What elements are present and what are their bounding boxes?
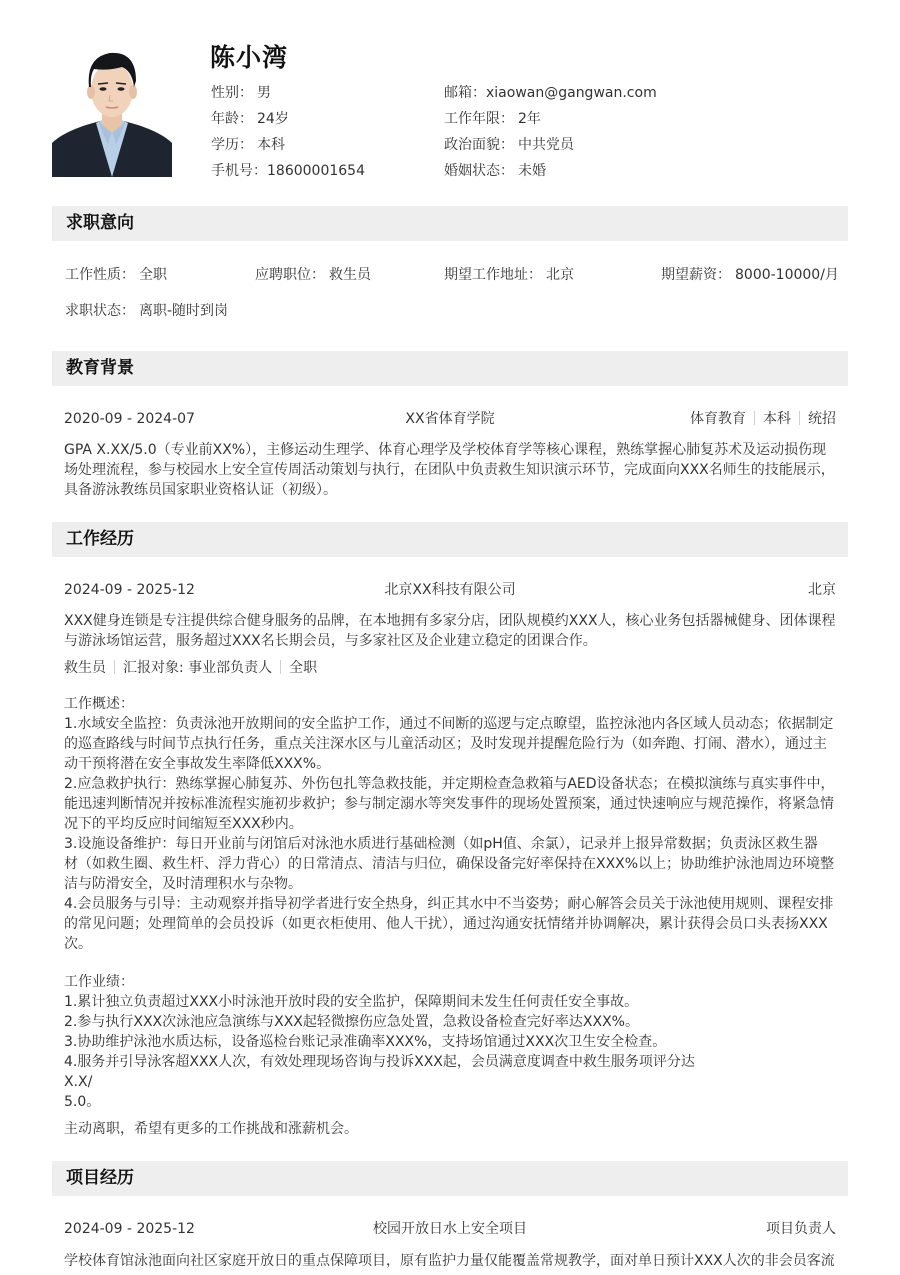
info-phone: 手机号：18600001654 (211, 160, 365, 186)
intro-line: XXX健身连锁是专注提供综合健身服务的品牌，在本地拥有多家分店，团队规模约XXX… (64, 611, 840, 631)
intent-salary: 期望薪资：8000-10000/月 (661, 264, 839, 286)
section-title: 项目经历 (52, 1161, 848, 1196)
info-label: 手机号： (211, 163, 267, 179)
info-label: 婚姻状态： (444, 163, 514, 179)
project-name: 校园开放日水上安全项目 (64, 1218, 836, 1240)
degree-tag: 本科 (763, 411, 791, 427)
candidate-name: 陈小湾 (210, 38, 288, 74)
overview-line: 洁与防滑安全，及时清理积水与杂物。 (64, 874, 840, 894)
project-description: 学校体育馆泳池面向社区家庭开放日的重点保障项目，原有监护力量仅能覆盖常规教学，面… (64, 1251, 840, 1271)
intent-value: 离职-随时到岗 (139, 303, 228, 319)
intent-label: 工作性质： (65, 267, 135, 283)
basic-info-right: 邮箱：xiaowan@gangwan.com 工作年限：2年 政治面貌：中共党员… (444, 82, 657, 186)
work-achievements: 工作业绩： 1.累计独立负责超过XXX小时泳池开放时段的安全监护，保障期间未发生… (64, 972, 840, 1112)
info-label: 性别： (211, 85, 253, 101)
achievement-line: 2.参与执行XXX次泳池应急演练与XXX起轻微擦伤应急处置，急救设备检查完好率达… (64, 1012, 840, 1032)
section-project-experience: 项目经历 2024-09 - 2025-12 校园开放日水上安全项目 项目负责人… (52, 1161, 848, 1196)
section-title: 教育背景 (52, 351, 848, 386)
work-tags: 救生员汇报对象: 事业部负责人全职 (64, 657, 317, 679)
info-value: 2年 (518, 111, 541, 127)
section-education: 教育背景 2020-09 - 2024-07 XX省体育学院 体育教育本科统招 … (52, 351, 848, 386)
achievement-line: X.X/ (64, 1072, 840, 1092)
overview-line: 4.会员服务与引导：主动观察并指导初学者进行安全热身，纠正其水中不当姿势；耐心解… (64, 894, 840, 914)
work-entry-header: 2024-09 - 2025-12 北京XX科技有限公司 北京 (64, 579, 836, 601)
info-label: 年龄： (211, 111, 253, 127)
section-title: 工作经历 (52, 522, 848, 557)
description-line: 场处理流程，参与校园水上安全宣传周活动策划与执行，在团队中负责救生知识演示环节，… (64, 460, 840, 480)
divider (280, 660, 281, 674)
achievement-line: 1.累计独立负责超过XXX小时泳池开放时段的安全监护，保障期间未发生任何责任安全… (64, 992, 840, 1012)
portrait-photo-icon (52, 45, 172, 177)
role-tag: 救生员 (64, 660, 106, 676)
overview-line: 次。 (64, 934, 840, 954)
overview-line: 材（如救生圈、救生杆、浮力背心）的日常清点、清洁与归位，确保设备完好率保持在XX… (64, 854, 840, 874)
overview-line: 动干预将潜在安全事故发生率降低XXX%。 (64, 754, 840, 774)
info-email: 邮箱：xiaowan@gangwan.com (444, 82, 657, 108)
overview-title: 工作概述： (64, 694, 840, 714)
info-work-years: 工作年限：2年 (444, 108, 657, 134)
report-to-tag: 汇报对象: 事业部负责人 (123, 660, 272, 676)
divider (799, 411, 800, 425)
leave-reason-text: 主动离职，希望有更多的工作挑战和涨薪机会。 (64, 1119, 840, 1139)
section-job-intent: 求职意向 工作性质：全职 应聘职位：救生员 期望工作地址：北京 期望薪资：800… (52, 206, 848, 241)
profile-header: 陈小湾 性别：男 年龄：24岁 学历：本科 手机号：18600001654 邮箱… (52, 0, 848, 190)
intent-label: 期望薪资： (661, 267, 731, 283)
intent-value: 8000-10000/月 (735, 267, 839, 283)
info-label: 邮箱： (444, 85, 486, 101)
education-tags: 体育教育本科统招 (690, 408, 836, 430)
overview-line: 况下的平均反应时间缩短至XXX秒内。 (64, 814, 840, 834)
info-age: 年龄：24岁 (211, 108, 365, 134)
achievement-line: 3.协助维护泳池水质达标，设备巡检台账记录准确率XXX%，支持场馆通过XXX次卫… (64, 1032, 840, 1052)
intro-line: 与游泳场馆运营，服务超过XXX名长期会员，与多家社区及企业建立稳定的团课合作。 (64, 631, 840, 651)
info-value: 中共党员 (518, 137, 574, 153)
info-label: 政治面貌： (444, 137, 514, 153)
company-intro: XXX健身连锁是专注提供综合健身服务的品牌，在本地拥有多家分店，团队规模约XXX… (64, 611, 840, 651)
intent-label: 期望工作地址： (444, 267, 542, 283)
info-marital-status: 婚姻状态：未婚 (444, 160, 657, 186)
intent-row: 工作性质：全职 应聘职位：救生员 期望工作地址：北京 期望薪资：8000-100… (65, 264, 837, 286)
education-description: GPA X.XX/5.0（专业前XX%），主修运动生理学、体育心理学及学校体育学… (64, 440, 840, 500)
work-overview: 工作概述： 1.水域安全监控：负责泳池开放期间的安全监护工作，通过不间断的巡逻与… (64, 694, 840, 954)
overview-line: 的常见问题；处理简单的会员投诉（如更衣柜使用、他人干扰），通过沟通安抚情绪并协调… (64, 914, 840, 934)
achievement-line: 5.0。 (64, 1092, 840, 1112)
overview-line: 2.应急救护执行：熟练掌握心肺复苏、外伤包扎等急救技能，并定期检查急救箱与AED… (64, 774, 840, 794)
description-line: GPA X.XX/5.0（专业前XX%），主修运动生理学、体育心理学及学校体育学… (64, 440, 840, 460)
info-label: 学历： (211, 137, 253, 153)
project-role: 项目负责人 (766, 1218, 836, 1240)
intent-status: 求职状态：离职-随时到岗 (65, 300, 228, 322)
resume-page: 陈小湾 性别：男 年龄：24岁 学历：本科 手机号：18600001654 邮箱… (52, 0, 848, 190)
overview-line: 能迅速判断情况并按标准流程实施初步救护；参与制定溺水等突发事件的现场处置预案，通… (64, 794, 840, 814)
info-value: 24岁 (257, 111, 289, 127)
intent-label: 应聘职位： (255, 267, 325, 283)
info-political-status: 政治面貌：中共党员 (444, 134, 657, 160)
major-tag: 体育教育 (690, 411, 746, 427)
section-work-experience: 工作经历 2024-09 - 2025-12 北京XX科技有限公司 北京 XXX… (52, 522, 848, 557)
work-location: 北京 (808, 579, 836, 601)
intent-value: 救生员 (329, 267, 371, 283)
project-entry-header: 2024-09 - 2025-12 校园开放日水上安全项目 项目负责人 (64, 1218, 836, 1240)
leave-reason: 主动离职，希望有更多的工作挑战和涨薪机会。 (64, 1119, 840, 1139)
overview-line: 1.水域安全监控：负责泳池开放期间的安全监护工作，通过不间断的巡逻与定点瞭望，监… (64, 714, 840, 734)
info-value: 男 (257, 85, 271, 101)
info-label: 工作年限： (444, 111, 514, 127)
overview-line: 的巡查路线与时间节点执行任务，重点关注深水区与儿童活动区；及时发现并提醒危险行为… (64, 734, 840, 754)
description-line: 具备游泳教练员国家职业资格认证（初级）。 (64, 480, 840, 500)
achievements-title: 工作业绩： (64, 972, 840, 992)
divider (754, 411, 755, 425)
divider (114, 660, 115, 674)
enrollment-tag: 统招 (808, 411, 836, 427)
info-degree: 学历：本科 (211, 134, 365, 160)
company-name: 北京XX科技有限公司 (64, 579, 836, 601)
info-value: 未婚 (518, 163, 546, 179)
intent-location: 期望工作地址：北京 (444, 264, 574, 286)
basic-info-left: 性别：男 年龄：24岁 学历：本科 手机号：18600001654 (211, 82, 365, 186)
intent-value: 全职 (139, 267, 167, 283)
info-gender: 性别：男 (211, 82, 365, 108)
intent-position: 应聘职位：救生员 (255, 264, 371, 286)
info-value: 本科 (257, 137, 285, 153)
education-entry-header: 2020-09 - 2024-07 XX省体育学院 体育教育本科统招 (64, 408, 836, 430)
intent-work-type: 工作性质：全职 (65, 264, 167, 286)
intent-row: 求职状态：离职-随时到岗 (65, 300, 837, 322)
overview-line: 3.设施设备维护：每日开业前与闭馆后对泳池水质进行基础检测（如pH值、余氯），记… (64, 834, 840, 854)
employment-type-tag: 全职 (289, 660, 317, 676)
info-value: xiaowan@gangwan.com (486, 85, 657, 101)
info-value: 18600001654 (267, 163, 365, 179)
intent-label: 求职状态： (65, 303, 135, 319)
intent-value: 北京 (546, 267, 574, 283)
section-title: 求职意向 (52, 206, 848, 241)
description-line: 学校体育馆泳池面向社区家庭开放日的重点保障项目，原有监护力量仅能覆盖常规教学，面… (64, 1251, 840, 1271)
achievement-line: 4.服务并引导泳客超XXX人次，有效处理现场咨询与投诉XXX起，会员满意度调查中… (64, 1052, 840, 1072)
